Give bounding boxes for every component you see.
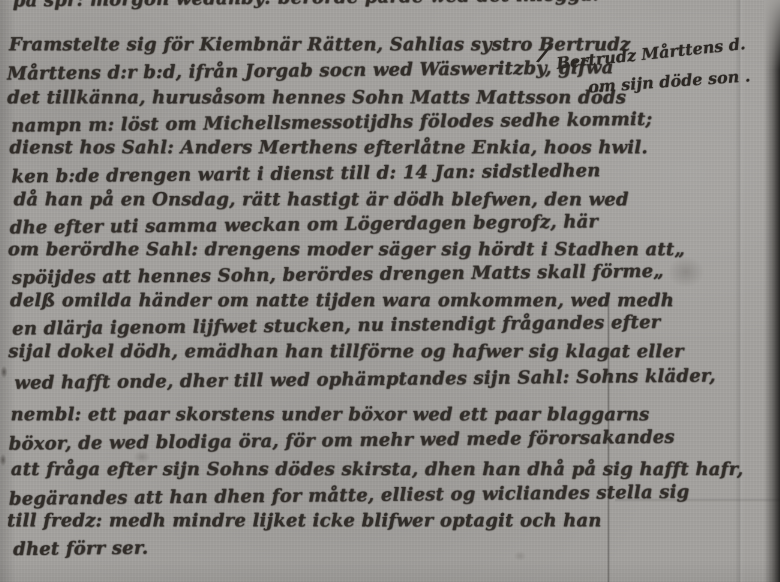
manuscript-scan: på spr: morgon wedanby: berörde parde we… xyxy=(0,0,780,582)
manuscript-line: dhet förr ser. xyxy=(13,538,148,560)
manuscript-line: delß omilda händer om natte tijden wara … xyxy=(10,290,674,311)
manuscript-line: på spr: morgon wedanby: berörde parde we… xyxy=(13,0,599,11)
manuscript-line: begärandes att han dhen for måtte, ellie… xyxy=(9,482,690,510)
manuscript-line: då han på en Onsdag, rätt hastigt är död… xyxy=(14,189,629,210)
manuscript-line: Framstelte sig för Kiembnär Rätten, Sahl… xyxy=(9,34,630,55)
manuscript-text: på spr: morgon wedanby: berörde parde we… xyxy=(0,0,780,582)
manuscript-line: dhe efter uti samma weckan om Lögerdagen… xyxy=(10,211,599,238)
manuscript-line: en dlärja igenom lijfwet stucken, nu ins… xyxy=(12,312,660,340)
manuscript-line: nampn m: löst om Michellsmessotijdhs föl… xyxy=(11,109,652,137)
manuscript-line: att fråga efter sijn Sohns dödes skirsta… xyxy=(11,459,744,480)
manuscript-line: det tillkänna, hurusåsom hennes Sohn Mat… xyxy=(7,87,626,108)
manuscript-line: nembl: ett paar skorstens under böxor we… xyxy=(11,404,650,425)
manuscript-line: wed hafft onde, dher till wed ophämptand… xyxy=(14,365,715,393)
manuscript-line: till fredz: medh mindre lijket icke blif… xyxy=(7,510,602,531)
manuscript-line: spöijdes att hennes Sohn, berördes dreng… xyxy=(12,261,664,289)
manuscript-line: dienst hos Sahl: Anders Merthens efterlå… xyxy=(9,137,647,158)
manuscript-line: sijal dokel dödh, emädhan han tillförne … xyxy=(8,341,683,362)
manuscript-line: böxor, de wed blodiga öra, för om mehr w… xyxy=(9,427,675,455)
manuscript-line: ken b:de drengen warit i dienst till d: … xyxy=(11,160,600,187)
manuscript-line: Mårttens d:r b:d, ifrån Jorgab socn wed … xyxy=(7,57,614,84)
manuscript-line: om berördhe Sahl: drengens moder säger s… xyxy=(8,239,685,260)
